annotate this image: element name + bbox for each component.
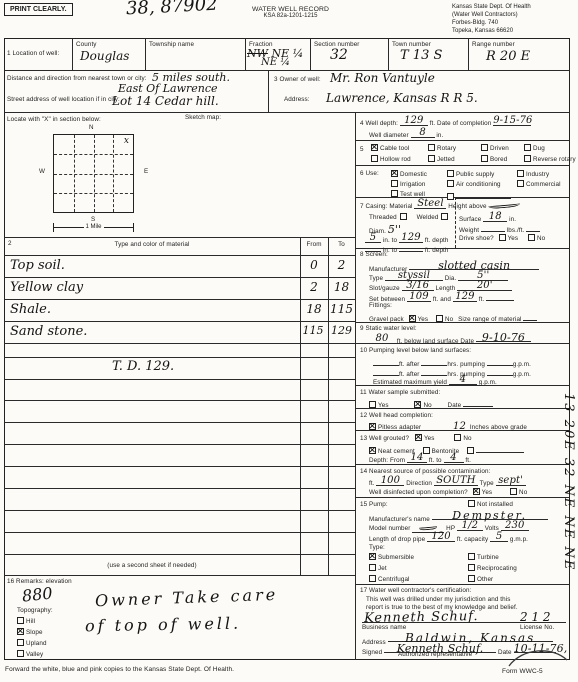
- certification-title: 17 Water well contractor's certification…: [360, 587, 471, 594]
- welded-label: Welded: [417, 214, 439, 221]
- gravel-pack-line: Gravel pack Yes No Size range of materia…: [369, 312, 537, 323]
- town-number-value: T 13 S: [400, 48, 442, 63]
- location-of-well-label: 1 Location of well:: [7, 50, 59, 57]
- owner-address-label: Address:: [284, 96, 310, 103]
- county-value: Douglas: [80, 49, 129, 63]
- well-location-mark: x: [124, 136, 129, 146]
- topography-label: Topography:: [17, 607, 53, 614]
- set-between-field1: 109: [407, 293, 431, 302]
- checkbox-welded: [441, 213, 448, 220]
- checkbox-gravel-no: [436, 315, 443, 322]
- table-row-from: 2: [300, 280, 328, 294]
- drop-pipe-field: 120: [427, 533, 455, 542]
- dept-line: Kansas State Dept. Of Health: [452, 3, 531, 11]
- distance-label: Distance and direction from nearest town…: [7, 75, 147, 82]
- use-label: 6 Use:: [360, 170, 379, 177]
- checkbox-grouted-yes: [415, 434, 422, 441]
- screen-title: 8 Screen:: [360, 251, 388, 258]
- checkbox-gravel-yes: [409, 315, 416, 322]
- checkbox-rotary: Rotary: [428, 144, 456, 152]
- pump-type-label: Type:: [369, 544, 385, 551]
- threaded-label: Threaded: [369, 214, 397, 221]
- grout-from-field: 14: [407, 454, 427, 463]
- to-column-header: To: [328, 241, 355, 248]
- checkbox-neat-cement: [369, 447, 376, 454]
- section-5-number: 5: [360, 146, 364, 153]
- model-scribble: [419, 523, 437, 531]
- well-head-title: 12 Well head completion:: [360, 412, 433, 419]
- checkbox-bored: Bored: [481, 155, 507, 163]
- checkbox-turbine: Turbine: [468, 553, 499, 561]
- screen-length-field: 20': [457, 282, 512, 291]
- static-level-title: 9 Static water level:: [360, 325, 417, 332]
- table-row-from: 115: [298, 324, 328, 337]
- mile-scale-label: 1 Mile: [84, 224, 104, 230]
- checkbox-irrigation: Irrigation: [391, 180, 426, 188]
- compass-n: N: [89, 124, 94, 131]
- checkbox-submersible: Submersible: [369, 553, 414, 561]
- well-diameter-line: Well diameter 8 in.: [369, 129, 443, 139]
- checkbox-hollow-rod: Hollow rod: [371, 155, 411, 163]
- business-name-label: Business name: [362, 624, 406, 631]
- checkbox-bentonite: [423, 447, 430, 454]
- table-row-material: Yellow clay: [10, 280, 83, 295]
- checkbox-disinfected-yes: [473, 488, 480, 495]
- checkbox-test-well: Test well: [391, 190, 425, 198]
- contractor-address-field: Baldwin, Kansas: [388, 633, 553, 642]
- screen-slot-line: Slot/gauze 3/16 Length 20': [369, 282, 512, 292]
- street-address-value: Lot 14 Cedar hill.: [112, 94, 219, 108]
- sketch-map-label: Sketch map:: [185, 114, 221, 121]
- checkbox-upland: Upland: [17, 639, 47, 647]
- town-number-label: Town number: [392, 41, 431, 48]
- drive-shoe-line: Drive shoe? Yes No: [459, 234, 545, 242]
- material-column-header: Type and color of material: [60, 241, 244, 248]
- estimated-yield-field: 4: [449, 376, 477, 385]
- checkbox-cable-tool: Cable tool: [371, 144, 409, 152]
- disinfected-line: Well disinfected upon completion? Yes No: [369, 488, 527, 496]
- casing-material-label: 7 Casing: Material: [360, 203, 413, 210]
- casing-from-field: 5: [365, 234, 381, 243]
- height-scribble: [488, 199, 521, 210]
- owner-address-value: Lawrence, Kansas R R 5.: [326, 91, 478, 105]
- static-level-field: 80: [369, 335, 395, 344]
- pump-volts-field: 230: [501, 522, 529, 531]
- water-sample-line: Yes No Date: [369, 398, 493, 409]
- authorized-representative-label: Authorized representative: [398, 651, 472, 658]
- threaded-welded-line: Threaded Welded: [369, 213, 448, 221]
- fittings-label: Fittings:: [369, 302, 392, 309]
- grout-to-field: 4: [444, 454, 464, 463]
- contamination-line: ft. 100 Direction SOUTH Type sept': [369, 477, 526, 487]
- estimated-yield-line: Estimated maximum yield 4 g.p.m.: [373, 376, 497, 386]
- well-depth-field: 129: [400, 117, 428, 126]
- water-sample-title: 11 Water sample submitted:: [360, 389, 440, 396]
- county-label: County: [76, 41, 97, 48]
- inches-above-grade-value: 12: [453, 421, 466, 432]
- checkbox-not-installed: Not installed: [468, 500, 513, 508]
- locate-x-label: Locate with "X" in section below:: [7, 116, 101, 123]
- set-between-field2: 129: [453, 293, 477, 302]
- street-address-label: Street address of well location if in ci…: [7, 96, 120, 103]
- compass-w: W: [39, 168, 45, 175]
- checkbox-drive-shoe-yes: [499, 234, 506, 241]
- checkbox-threaded: [400, 213, 407, 220]
- checkbox-air-conditioning: Air conditioning: [447, 180, 501, 188]
- checkbox-drive-shoe-no: [528, 234, 535, 241]
- dept-line: (Water Well Contractors): [452, 11, 531, 19]
- casing-material-field: Steel: [414, 200, 446, 209]
- table-row-material: Sand stone.: [10, 324, 87, 339]
- pumping-level-title: 10 Pumping level below land surfaces:: [360, 347, 471, 354]
- surface-line: Surface 18 in.: [459, 213, 516, 223]
- checkbox-commercial: Commercial: [517, 180, 561, 188]
- capacity-field: 5: [490, 533, 508, 542]
- compass-e: E: [144, 168, 148, 175]
- drop-pipe-line: Length of drop pipe 120 ft. capacity 5 g…: [369, 533, 528, 543]
- table-row-to: 2: [328, 258, 355, 272]
- checkbox-public-supply: Public supply: [447, 170, 494, 178]
- checkbox-slope: Slope: [17, 628, 43, 636]
- checkbox-grout-other: [467, 447, 474, 454]
- dept-line: Topeka, Kansas 66620: [452, 27, 531, 35]
- table-row-material: Top soil.: [10, 258, 65, 273]
- section-locator-grid: x: [53, 134, 134, 213]
- slot-gauze-field: 3/16: [402, 282, 434, 291]
- casing-to-field: 129: [399, 234, 423, 243]
- completion-date-field: 9-15-76: [493, 117, 531, 126]
- forward-copies-note: Forward the white, blue and pink copies …: [5, 666, 234, 673]
- pump-title: 15 Pump:: [360, 501, 388, 508]
- well-head-line: Pitless adapter 12 Inches above grade: [369, 421, 527, 432]
- pump-manufacturer-field: Dempster.: [432, 511, 548, 520]
- grout-depth-line: Depth: From 14 ft. to 4 ft.: [369, 454, 471, 464]
- township-label: Township name: [149, 41, 194, 48]
- contamination-title: 14 Nearest source of possible contaminat…: [360, 468, 490, 475]
- static-level-line: 80 ft. below land surface Date 9-10-76: [369, 333, 531, 345]
- table-row-to: 115: [328, 302, 355, 316]
- checkbox-hill: Hill: [17, 617, 35, 625]
- table-row-from: 0: [300, 258, 328, 272]
- weight-line: Weight lbs./ft.: [459, 223, 540, 234]
- pump-hp-field: 1/2: [457, 522, 483, 531]
- surface-height-field: 18: [483, 213, 507, 222]
- checkbox-pitless-adapter: [369, 423, 376, 430]
- remarks-note-line2: of top of well.: [85, 614, 241, 636]
- well-diameter-label: Well diameter: [369, 132, 409, 139]
- form-title: WATER WELL RECORD: [228, 6, 353, 13]
- mile-scale: 1 Mile: [53, 223, 134, 232]
- form-statute: KSA 82a-1201-1215: [228, 13, 353, 19]
- print-clearly-box: PRINT CLEARLY.: [4, 3, 73, 16]
- owner-label: 3 Owner of well:: [274, 76, 321, 83]
- table-row-from: 18: [300, 302, 328, 316]
- casing-material-line: 7 Casing: Material Steel Height above: [360, 200, 520, 210]
- checkbox-sample-no: [414, 401, 421, 408]
- margin-location-note: 13 20E 32 NE NE NE: [561, 393, 576, 571]
- checkbox-domestic: Domestic: [391, 170, 427, 178]
- checkbox-sample-yes: [369, 401, 376, 408]
- date-of-completion-label: ft. Date of completion: [430, 120, 492, 127]
- owner-value: Mr. Ron Vantuyle: [330, 71, 435, 85]
- checkbox-valley: Valley: [17, 650, 43, 658]
- total-depth-note: T. D. 129.: [112, 359, 174, 374]
- checkbox-other-pump: Other: [468, 575, 493, 583]
- pen-mark: [506, 646, 570, 670]
- dept-line: Forbes-Bldg. 740: [452, 19, 531, 27]
- grouted-line1: 13 Well grouted? Yes No: [360, 434, 472, 442]
- checkbox-driven: Driven: [481, 144, 509, 152]
- checkbox-jet: Jet: [369, 564, 387, 572]
- serial-number-handwritten: 38, 87902: [126, 0, 219, 19]
- elevation-value: 880: [21, 583, 53, 605]
- table-row-material: Shale.: [10, 302, 51, 317]
- checkbox-reciprocating: Reciprocating: [468, 564, 517, 572]
- second-sheet-note: (use a second sheet if needed): [60, 562, 244, 569]
- certification-body1: This well was drilled under my jurisdict…: [366, 596, 511, 603]
- well-depth-label: 4 Well depth:: [360, 120, 398, 127]
- contamination-direction-field: SOUTH: [434, 477, 478, 486]
- inches-unit: in.: [436, 132, 443, 139]
- from-column-header: From: [300, 241, 328, 248]
- range-number-value: R 20 E: [486, 49, 530, 64]
- well-diameter-field: 8: [411, 129, 435, 138]
- contamination-type-field: sept': [496, 477, 526, 486]
- checkbox-jetted: Jetted: [428, 155, 455, 163]
- license-no-label: License No.: [520, 624, 554, 631]
- checkbox-centrifugal: Centrifugal: [369, 575, 410, 583]
- screen-manufacturer-field: slotted casin: [409, 261, 539, 270]
- compass-s: S: [91, 216, 95, 223]
- contamination-distance-field: 100: [376, 477, 404, 486]
- static-level-date-field: 9-10-76: [476, 333, 531, 342]
- fraction-part2: NE ¼: [261, 57, 290, 68]
- section-number-value: 32: [330, 47, 348, 63]
- table-row-to: 18: [328, 280, 355, 294]
- well-depth-line: 4 Well depth: 129 ft. Date of completion…: [360, 117, 531, 127]
- table-number: 2: [8, 240, 12, 247]
- checkbox-industry: Industry: [517, 170, 549, 178]
- table-row-to: 129: [328, 324, 355, 337]
- checkbox-grouted-no: [454, 434, 461, 441]
- checkbox-disinfected-no: [510, 488, 517, 495]
- checkbox-dug: Dug: [524, 144, 545, 152]
- range-number-label: Range number: [472, 41, 515, 48]
- checkbox-reverse-rotary: Reverse rotary: [524, 155, 576, 163]
- height-above-label: Height above: [448, 203, 486, 210]
